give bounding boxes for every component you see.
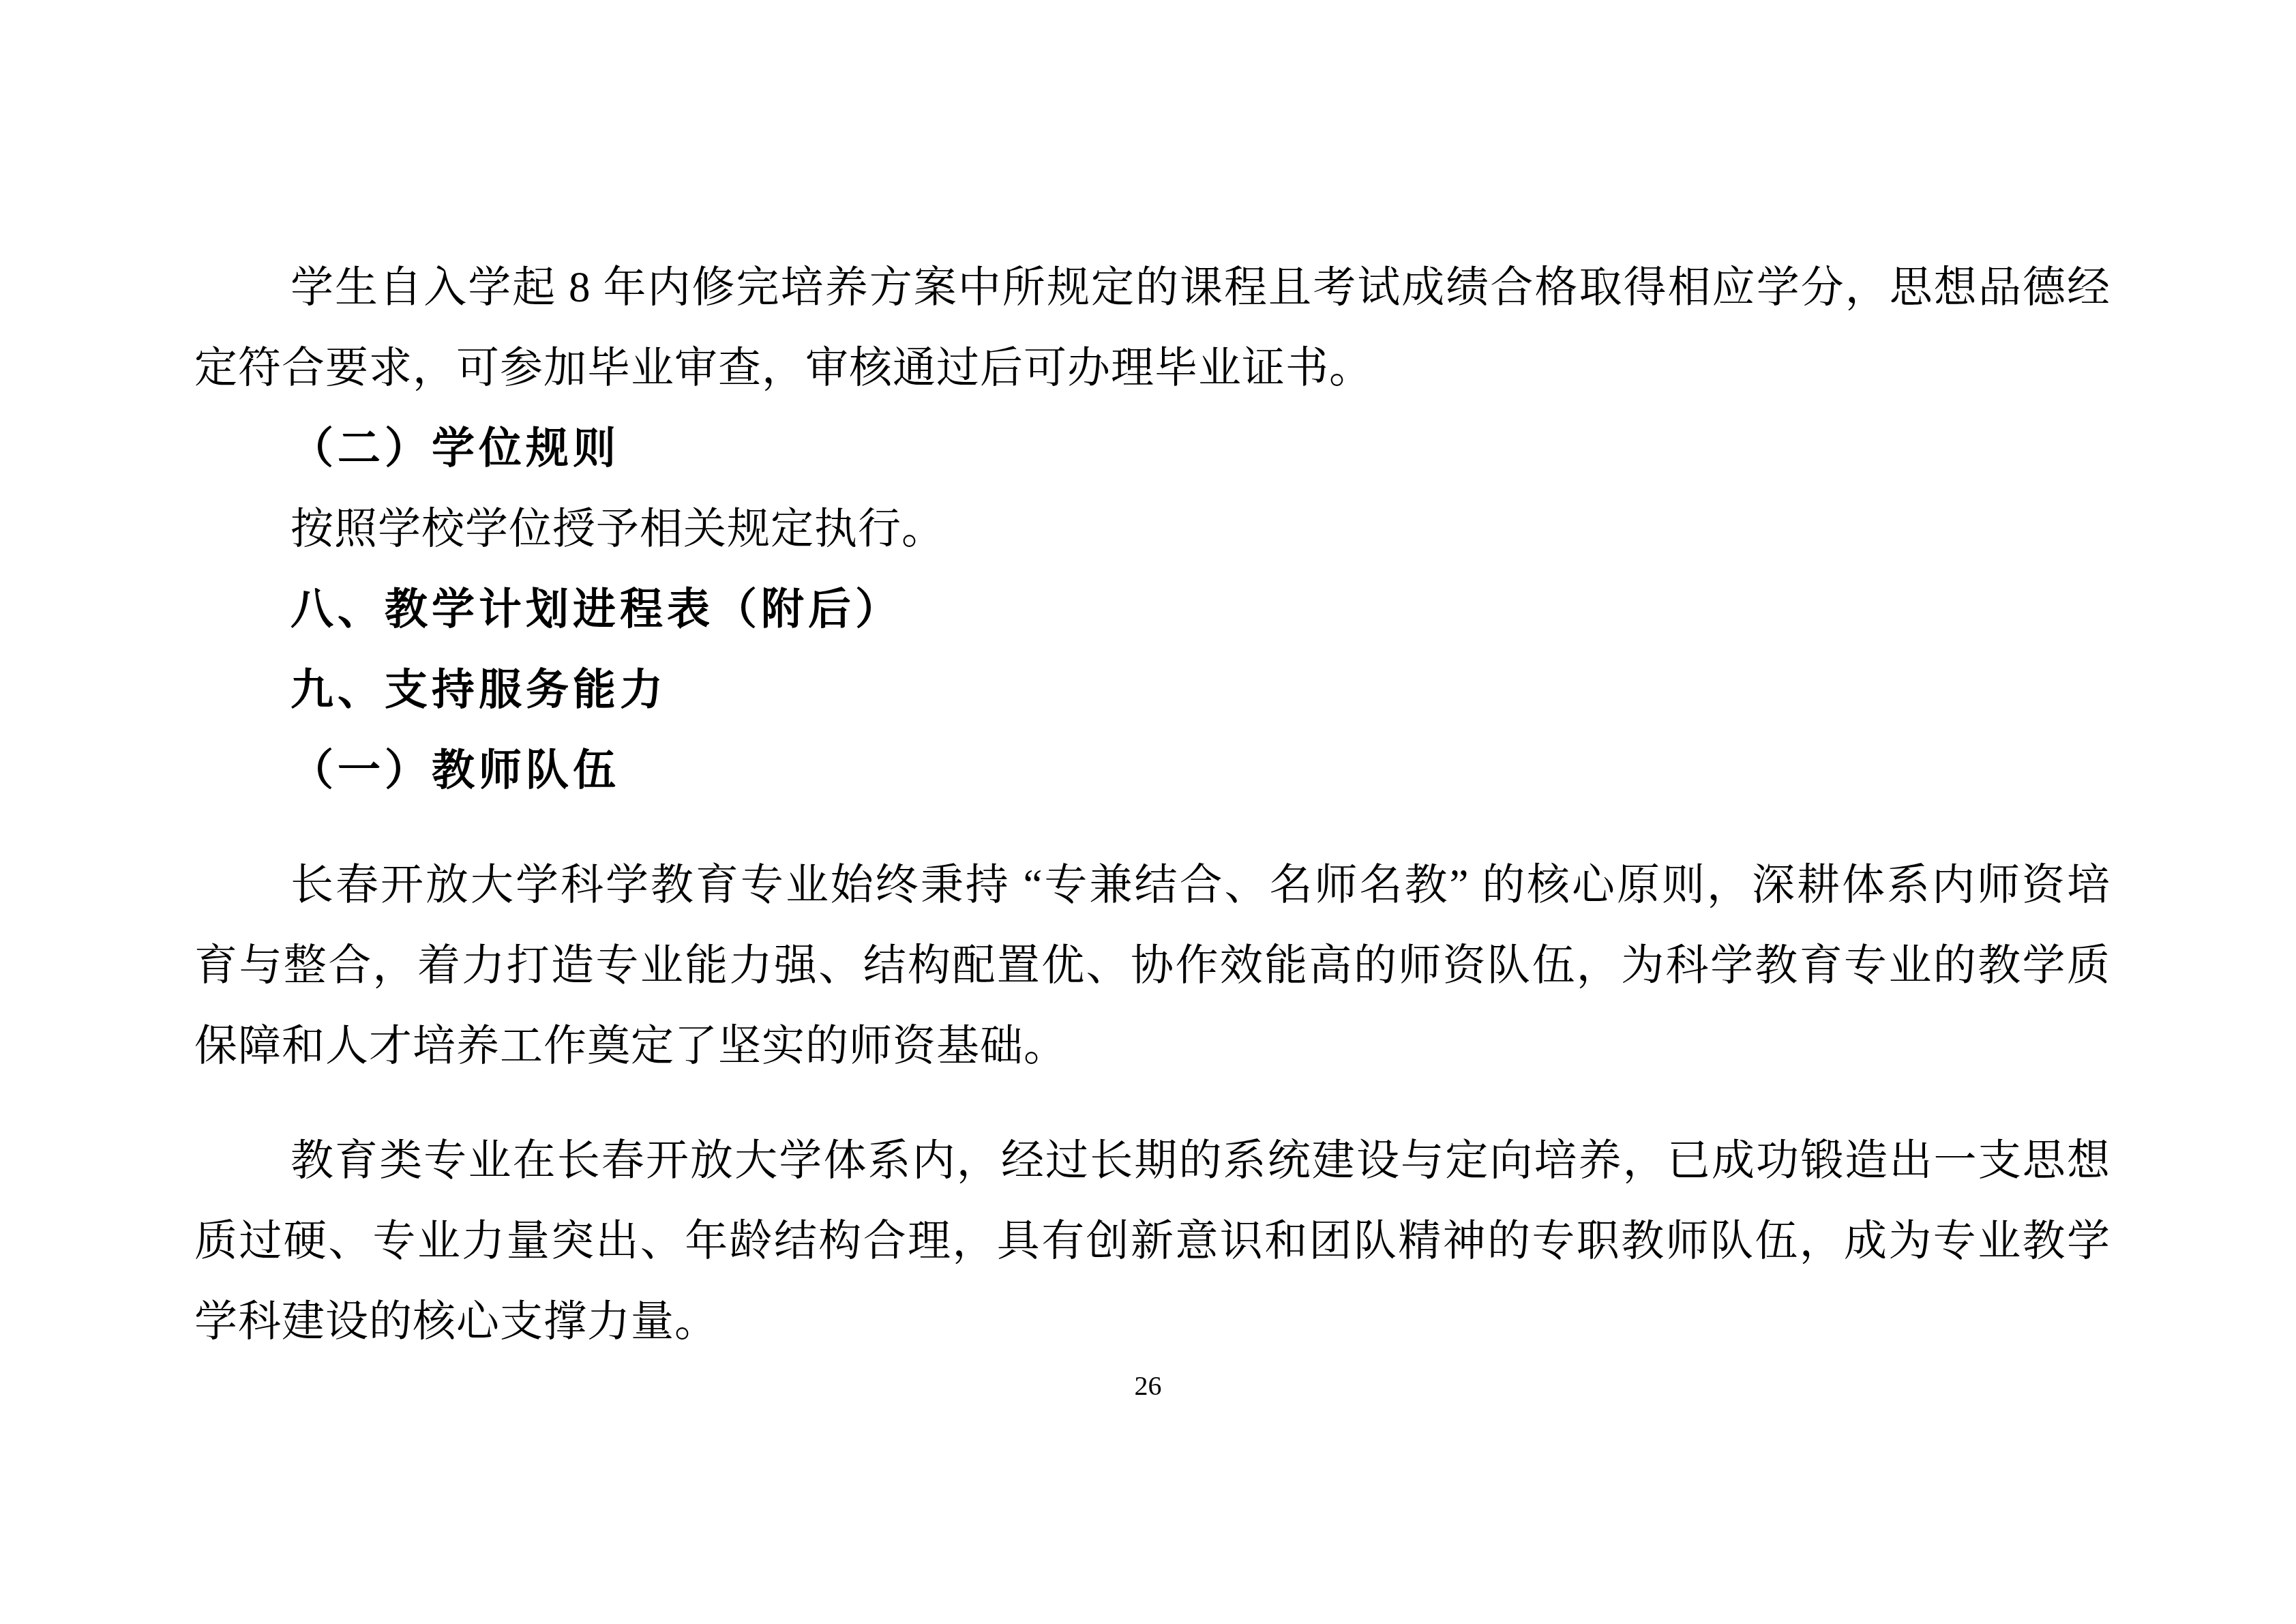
heading-support-capacity: 九、支持服务能力	[194, 649, 2111, 730]
paragraph-degree-policy: 按照学校学位授予相关规定执行。	[194, 488, 2111, 569]
document-page: 学生自入学起 8 年内修完培养方案中所规定的课程且考试成绩合格取得相应学分，思想…	[0, 0, 2296, 1624]
page-number: 26	[0, 1370, 2296, 1402]
paragraph-faculty-2-line-3: 学科建设的核心支撑力量。	[194, 1281, 2111, 1361]
heading-faculty-team: （一）教师队伍	[194, 730, 2111, 810]
paragraph-faculty-2-line-2: 质过硬、专业力量突出、年龄结构合理，具有创新意识和团队精神的专职教师队伍，成为专…	[194, 1200, 2111, 1281]
heading-degree-rules: （二）学位规则	[194, 408, 2111, 488]
heading-teaching-plan-schedule: 八、教学计划进程表（附后）	[194, 569, 2111, 649]
paragraph-graduation-line-2: 定符合要求，可参加毕业审查，审核通过后可办理毕业证书。	[194, 327, 2111, 408]
paragraph-faculty-1-line-1: 长春开放大学科学教育专业始终秉持 “专兼结合、名师名教” 的核心原则，深耕体系内…	[194, 844, 2111, 925]
paragraph-faculty-1-line-2: 育与整合，着力打造专业能力强、结构配置优、协作效能高的师资队伍，为科学教育专业的…	[194, 925, 2111, 1005]
paragraph-graduation-line-1: 学生自入学起 8 年内修完培养方案中所规定的课程且考试成绩合格取得相应学分，思想…	[194, 247, 2111, 327]
paragraph-faculty-2-line-1: 教育类专业在长春开放大学体系内，经过长期的系统建设与定向培养，已成功锻造出一支思…	[194, 1120, 2111, 1200]
paragraph-faculty-1-line-3: 保障和人才培养工作奠定了坚实的师资基础。	[194, 1005, 2111, 1086]
page-body: 学生自入学起 8 年内修完培养方案中所规定的课程且考试成绩合格取得相应学分，思想…	[194, 247, 2111, 1361]
